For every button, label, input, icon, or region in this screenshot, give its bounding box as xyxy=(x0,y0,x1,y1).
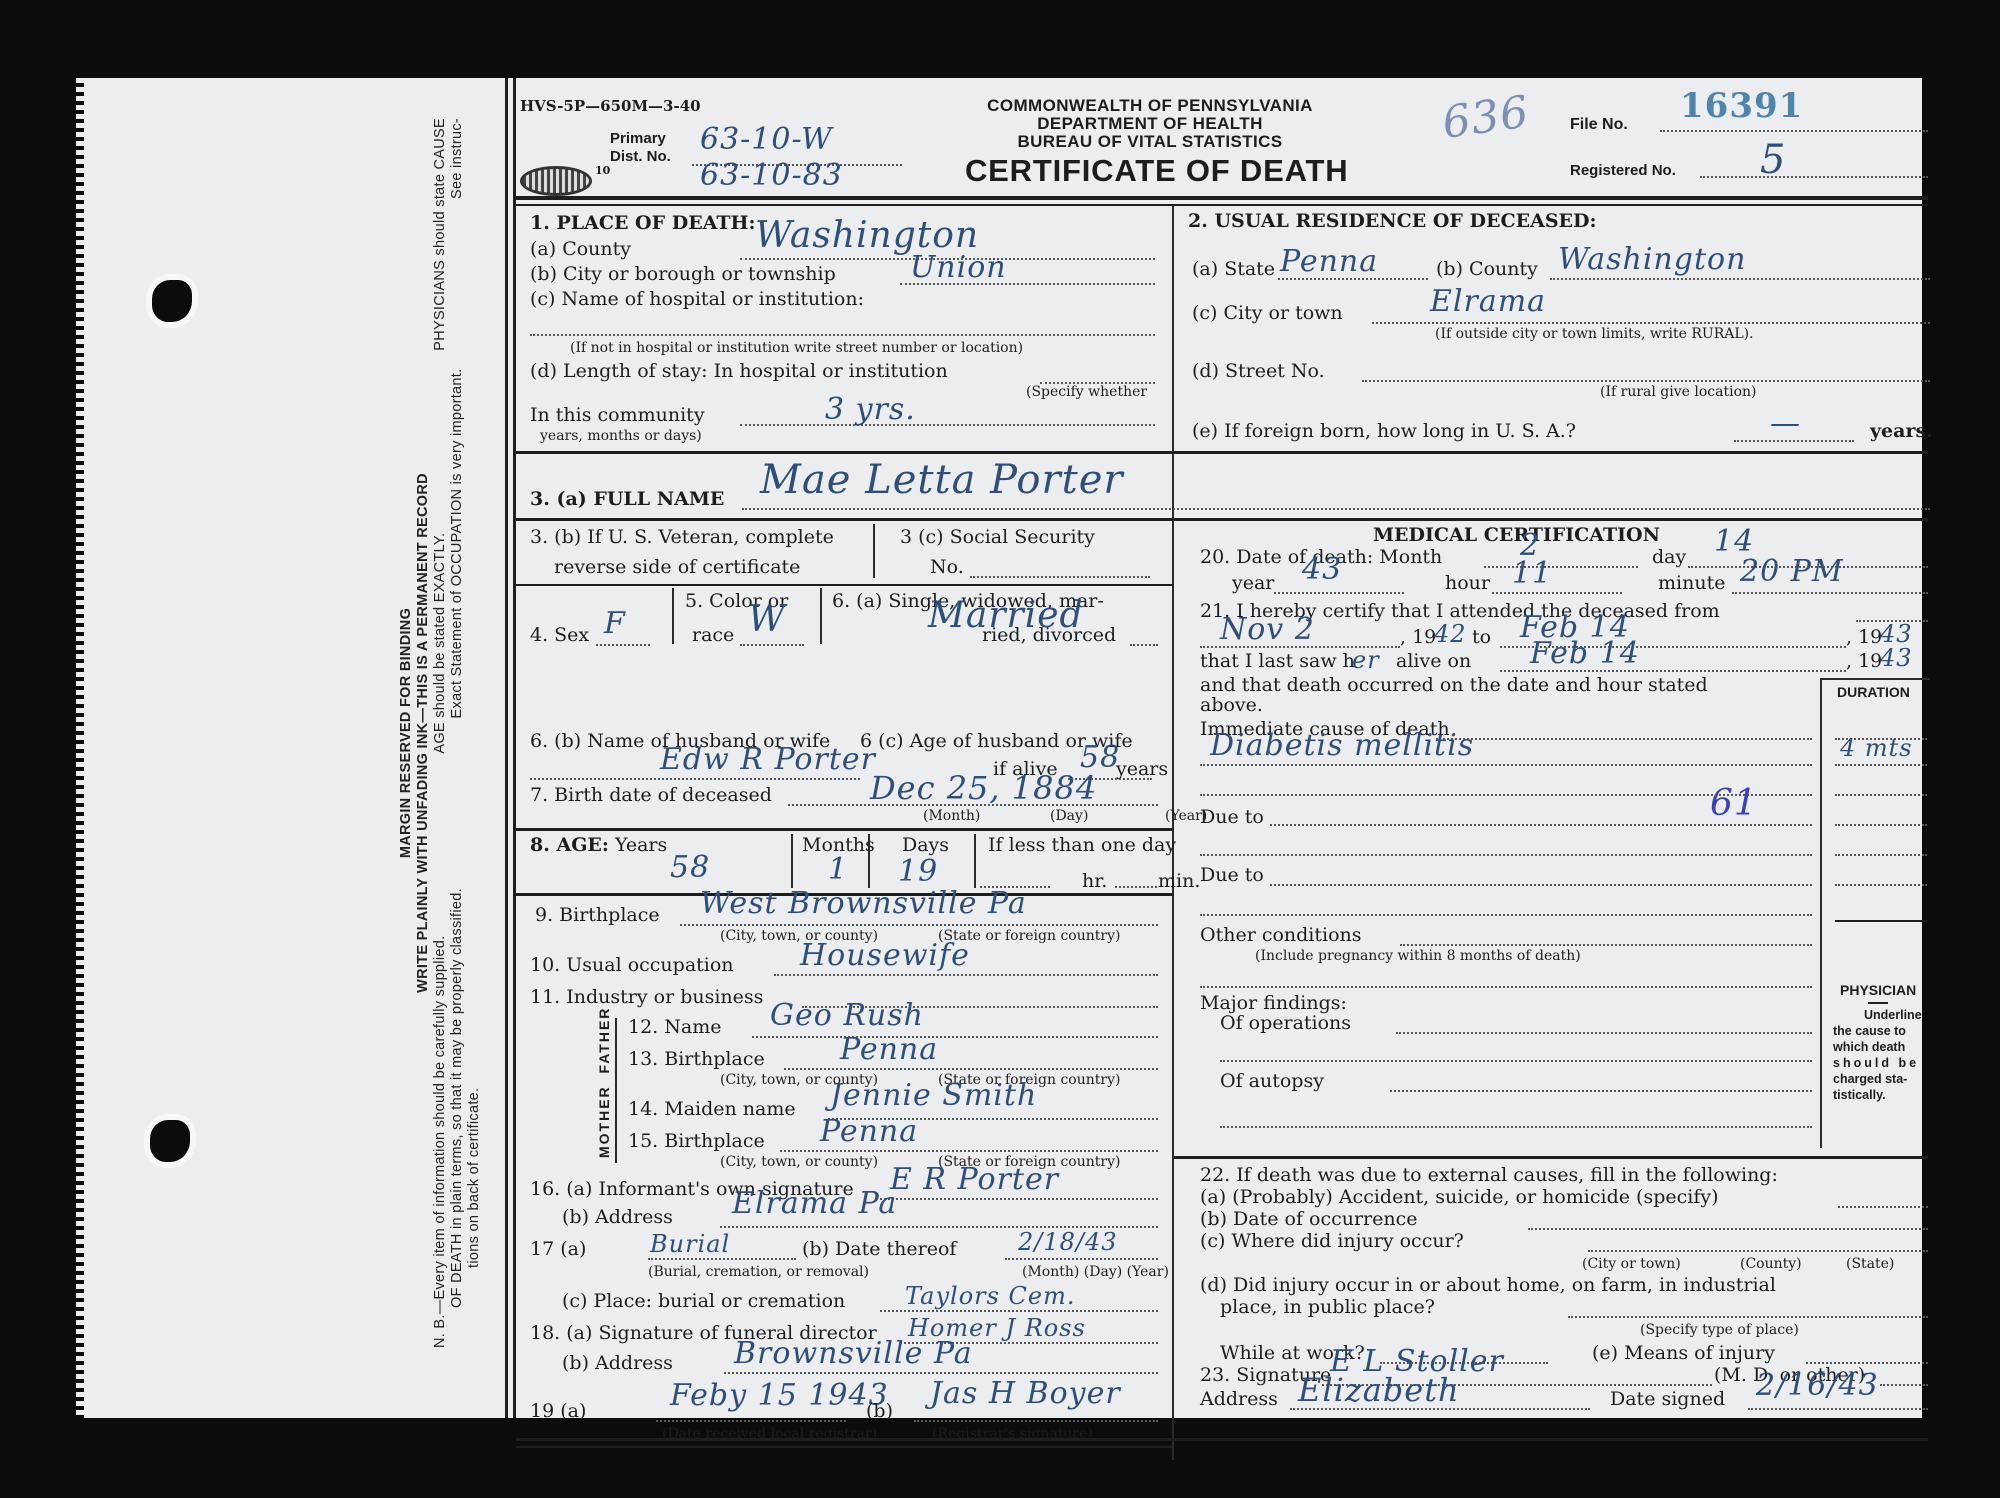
age-years-label: Years xyxy=(615,834,667,856)
funeral-address-line xyxy=(724,1372,1158,1374)
res-city-value[interactable]: Elrama xyxy=(1430,286,1546,318)
res-foreign-suffix: years. xyxy=(1870,420,1933,442)
due-to-label-1: Due to xyxy=(1200,806,1264,828)
age-min-line xyxy=(1115,886,1157,888)
res-county-label: (b) County xyxy=(1436,258,1538,280)
immediate-cause-line-1 xyxy=(1436,738,1812,740)
mother-birthplace-city-note: (City, town, or county) xyxy=(720,1154,878,1170)
age-days-label: Days xyxy=(902,834,949,856)
primary-dist-value-1: 63-10-W xyxy=(700,124,833,156)
immediate-duration-value[interactable]: 4 mts xyxy=(1840,732,1913,764)
margin-nb-line-2: OF DEATH in plain terms, so that it may … xyxy=(449,118,466,1348)
medical-heading: MEDICAL CERTIFICATION xyxy=(1373,524,1660,546)
margin-nb-line-3: tions on back of certificate. xyxy=(466,118,483,1348)
burial-date-value[interactable]: 2/18/43 xyxy=(1018,1226,1118,1258)
res-county-value[interactable]: Washington xyxy=(1558,244,1746,276)
due-to-label-2: Due to xyxy=(1200,864,1264,886)
age-hr-label: hr. xyxy=(1082,870,1107,892)
registered-no-label: Registered No. xyxy=(1570,160,1676,182)
external-rule xyxy=(1174,1156,1928,1159)
major-findings-label: Major findings: xyxy=(1200,992,1347,1014)
res-city-note: (If outside city or town limits, write R… xyxy=(1435,326,1754,342)
mother-maiden-label: 14. Maiden name xyxy=(628,1098,796,1120)
other-conditions-line xyxy=(1400,944,1812,946)
immediate-cause-value[interactable]: Diabetis mellitis xyxy=(1210,730,1474,762)
pod-community-value[interactable]: 3 yrs. xyxy=(825,394,916,426)
pod-county-label: (a) County xyxy=(530,238,631,260)
form-code: HVS-5P—650M—3-40 xyxy=(520,98,701,114)
funeral-address-label: (b) Address xyxy=(562,1352,673,1374)
external-a-label: (a) (Probably) Accident, suicide, or hom… xyxy=(1200,1186,1719,1208)
external-e-label: (e) Means of injury xyxy=(1592,1342,1775,1364)
margin-text-span: OF DEATH in plain terms, so that it may … xyxy=(449,888,466,1308)
margin-ink-note: WRITE PLAINLY WITH UNFADING INK—THIS IS … xyxy=(415,118,432,1348)
res-foreign-label: (e) If foreign born, how long in U. S. A… xyxy=(1192,420,1576,442)
row-rule-4 xyxy=(516,584,1172,586)
last-saw-pronoun[interactable]: er xyxy=(1352,644,1380,676)
external-b-line xyxy=(1528,1228,1928,1230)
physician-note-2: the cause to xyxy=(1833,1024,1906,1038)
due-to-code: 61 xyxy=(1710,788,1758,820)
mother-birthplace-line xyxy=(780,1150,1158,1152)
section-divider-middle xyxy=(1172,520,1174,1460)
duration-end-rule xyxy=(1835,920,1927,922)
external-heading: 22. If death was due to external causes,… xyxy=(1200,1164,1778,1186)
color-label-2: race xyxy=(692,624,734,646)
age-days-value[interactable]: 19 xyxy=(898,856,938,888)
header-line-2: DEPARTMENT OF HEALTH xyxy=(930,114,1370,133)
res-county-line xyxy=(1550,278,1930,280)
burial-place-value[interactable]: Taylors Cem. xyxy=(905,1280,1076,1312)
header-rule-thick xyxy=(516,196,1928,200)
age-years-value[interactable]: 58 xyxy=(670,852,710,884)
attended-from-year[interactable]: 42 xyxy=(1434,618,1467,650)
informant-signature-line xyxy=(880,1198,1158,1200)
cause-line-5 xyxy=(1200,854,1812,856)
duration-line-6 xyxy=(1835,884,1927,886)
pod-stay-label: (d) Length of stay: In hospital or insti… xyxy=(530,360,948,382)
attended-from-year-prefix: , 19 xyxy=(1400,626,1436,648)
death-hour-label: hour xyxy=(1445,572,1490,594)
death-year-label: year xyxy=(1232,572,1274,594)
ssn-label-2: No. xyxy=(930,556,964,578)
father-name-line xyxy=(752,1036,1158,1038)
residence-heading: 2. USUAL RESIDENCE OF DECEASED: xyxy=(1188,210,1597,232)
birthplace-line xyxy=(680,924,1158,926)
footer-rule-thin xyxy=(516,1446,1172,1448)
sex-line xyxy=(596,644,650,646)
marital-value[interactable]: Married xyxy=(928,600,1084,632)
death-certificate-page: MARGIN RESERVED FOR BINDING WRITE PLAINL… xyxy=(80,78,1922,1418)
parents-bracket xyxy=(615,1018,617,1163)
birth-label: 7. Birth date of deceased xyxy=(530,784,772,806)
pod-community-note: years, months or days) xyxy=(540,428,702,444)
external-d-label-1: (d) Did injury occur in or about home, o… xyxy=(1200,1274,1776,1296)
death-minute-line xyxy=(1732,592,1928,594)
res-state-label: (a) State xyxy=(1192,258,1275,280)
age-months-value[interactable]: 1 xyxy=(828,854,848,886)
duration-line-5 xyxy=(1835,854,1927,856)
occupation-line xyxy=(774,974,1158,976)
age-label: 8. AGE: Years xyxy=(530,834,667,856)
external-c-note-city: (City or town) xyxy=(1582,1256,1681,1272)
birth-month-note: (Month) xyxy=(923,808,980,824)
alive-on-year[interactable]: 43 xyxy=(1880,642,1913,674)
place-of-death-heading: 1. PLACE OF DEATH: xyxy=(530,212,755,234)
informant-signature-value[interactable]: E R Porter xyxy=(890,1164,1059,1196)
full-name-label: 3. (a) FULL NAME xyxy=(530,488,724,510)
father-side-label: FATHER xyxy=(596,1007,612,1074)
pod-hospital-label: (c) Name of hospital or institution: xyxy=(530,288,864,310)
attended-from-value[interactable]: Nov 2 xyxy=(1220,614,1315,646)
father-name-label: 12. Name xyxy=(628,1016,721,1038)
marital-line xyxy=(1130,644,1158,646)
occurred-label-1: and that death occurred on the date and … xyxy=(1200,674,1708,696)
pod-community-line xyxy=(740,424,1155,426)
section-rule-3 xyxy=(516,518,1928,521)
spouse-value[interactable]: Edw R Porter xyxy=(660,744,876,776)
other-conditions-label: Other conditions xyxy=(1200,924,1362,946)
informant-address-value[interactable]: Elrama Pa xyxy=(732,1188,897,1220)
res-street-label: (d) Street No. xyxy=(1192,360,1325,382)
death-minute-label: minute xyxy=(1658,572,1725,594)
registrar-sig-value[interactable]: Jas H Boyer xyxy=(930,1378,1121,1410)
due-to-line-1 xyxy=(1270,824,1812,826)
margin-nb-line-1: N. B.—Every item of information should b… xyxy=(432,118,449,1348)
funeral-address-value[interactable]: Brownsville Pa xyxy=(734,1338,973,1370)
physician-md-line xyxy=(1880,1384,1928,1386)
margin-text-span: Exact Statement of OCCUPATION is very im… xyxy=(449,369,466,719)
birthplace-label: 9. Birthplace xyxy=(535,904,660,926)
res-street-note: (If rural give location) xyxy=(1600,384,1757,400)
pod-county-value[interactable]: Washington xyxy=(755,220,979,252)
duration-heading: DURATION xyxy=(1837,684,1910,700)
operations-label: Of operations xyxy=(1220,1012,1351,1034)
alive-on-year-prefix: , 19 xyxy=(1846,650,1882,672)
disposition-label: 17 (a) xyxy=(530,1238,586,1260)
death-day-label: day xyxy=(1652,546,1686,568)
margin-text-span: AGE should be stated EXACTLY. xyxy=(432,533,449,754)
punch-hole-bottom xyxy=(150,1120,190,1162)
ssn-line xyxy=(970,576,1150,578)
age-less-label: If less than one day xyxy=(988,834,1176,856)
margin-binding-note: MARGIN RESERVED FOR BINDING xyxy=(398,118,415,1348)
attended-to-label: to xyxy=(1472,626,1491,648)
header-rule-thin xyxy=(516,204,1928,206)
margin-instructions: MARGIN RESERVED FOR BINDING WRITE PLAINL… xyxy=(398,118,483,1348)
mother-side-label: MOTHER xyxy=(596,1085,612,1158)
attended-to-year-prefix: , 19 xyxy=(1846,626,1882,648)
age-divider-1 xyxy=(791,834,793,888)
physician-dash xyxy=(1868,1002,1888,1004)
physician-note-1: Underline xyxy=(1864,1008,1922,1022)
mother-birthplace-value[interactable]: Penna xyxy=(820,1116,918,1148)
due-to-line-2 xyxy=(1270,884,1812,886)
death-minute-value[interactable]: 20 PM xyxy=(1740,556,1844,588)
death-hour-value[interactable]: 11 xyxy=(1512,558,1552,590)
pod-specify-note: (Specify whether xyxy=(1026,384,1147,400)
external-b-label: (b) Date of occurrence xyxy=(1200,1208,1418,1230)
spouse-line xyxy=(530,778,860,780)
file-no-value: 16391 xyxy=(1680,90,1803,122)
registrar-sig-line xyxy=(914,1420,1158,1422)
file-no-label: File No. xyxy=(1570,114,1628,136)
registrar-date-value[interactable]: Feby 15 1943 xyxy=(670,1380,889,1412)
res-state-value[interactable]: Penna xyxy=(1280,246,1378,278)
sex-divider xyxy=(672,588,674,644)
occupation-value[interactable]: Housewife xyxy=(800,940,970,972)
father-name-value[interactable]: Geo Rush xyxy=(770,1000,924,1032)
operations-line-2 xyxy=(1220,1060,1812,1062)
certificate-title: CERTIFICATE OF DEATH xyxy=(965,160,1348,182)
birth-value[interactable]: Dec 25, 1884 xyxy=(870,772,1097,804)
union-label-seal-icon xyxy=(520,166,592,196)
operations-line xyxy=(1396,1032,1812,1034)
duration-line-2 xyxy=(1835,764,1927,766)
res-foreign-value[interactable]: — xyxy=(1770,408,1801,440)
external-c-note-state: (State) xyxy=(1846,1256,1894,1272)
mother-maiden-value[interactable]: Jennie Smith xyxy=(830,1080,1037,1112)
mother-father-side-label: MOTHER FATHER xyxy=(596,1007,612,1158)
birth-day-note: (Day) xyxy=(1050,808,1088,824)
pod-hospital-note: (If not in hospital or institution write… xyxy=(570,340,1023,356)
birthplace-value[interactable]: West Brownsville Pa xyxy=(700,888,1027,920)
age-divider-2 xyxy=(868,834,870,888)
alive-on-value[interactable]: Feb 14 xyxy=(1530,638,1640,670)
file-no-line xyxy=(1660,130,1928,132)
last-saw-label: that I last saw h xyxy=(1200,650,1355,672)
full-name-value[interactable]: Mae Letta Porter xyxy=(760,464,1124,496)
res-street-line xyxy=(1362,380,1930,382)
autopsy-label: Of autopsy xyxy=(1220,1070,1324,1092)
registrar-sig-label: (b) xyxy=(866,1400,893,1422)
pod-city-value[interactable]: Union xyxy=(910,252,1007,284)
sex-label: 4. Sex xyxy=(530,624,589,646)
age-label-text: 8. AGE: xyxy=(530,834,609,856)
father-birthplace-label: 13. Birthplace xyxy=(628,1048,765,1070)
row-rule-8 xyxy=(516,828,1172,831)
physician-address-value[interactable]: Elizabeth xyxy=(1298,1374,1460,1406)
other-conditions-line-2 xyxy=(1200,986,1812,988)
occupation-label: 10. Usual occupation xyxy=(530,954,734,976)
occurred-label-2: above. xyxy=(1200,694,1263,716)
veteran-label-1: 3. (b) If U. S. Veteran, complete xyxy=(530,526,834,548)
burial-date-note: (Month) (Day) (Year) xyxy=(1022,1264,1169,1280)
margin-text-span: PHYSICIANS should state CAUSE xyxy=(432,118,449,351)
disposition-value[interactable]: Burial xyxy=(650,1228,730,1260)
burial-place-label: (c) Place: burial or cremation xyxy=(562,1290,845,1312)
color-divider xyxy=(820,588,822,644)
burial-date-line xyxy=(1005,1258,1158,1260)
full-name-line xyxy=(742,508,1930,510)
spouse-age-suffix: years xyxy=(1116,758,1168,780)
header-line-3: BUREAU OF VITAL STATISTICS xyxy=(930,132,1370,151)
father-birthplace-line xyxy=(784,1068,1158,1070)
pod-hospital-line xyxy=(530,334,1155,336)
primary-dist-value-2: 63-10-83 xyxy=(700,160,843,192)
external-d-label-2: place, in public place? xyxy=(1220,1296,1435,1318)
registrar-date-line xyxy=(656,1420,846,1422)
physician-note-3: which death xyxy=(1833,1040,1905,1054)
pod-city-label: (b) City or borough or township xyxy=(530,263,836,285)
external-c-line xyxy=(1588,1250,1928,1252)
color-value[interactable]: W xyxy=(748,604,786,636)
external-c-note-county: (County) xyxy=(1740,1256,1802,1272)
immediate-cause-line-2 xyxy=(1200,764,1812,766)
physician-date-label: Date signed xyxy=(1610,1388,1725,1410)
informant-address-label: (b) Address xyxy=(562,1206,673,1228)
pod-community-label: In this community xyxy=(530,404,705,426)
binding-rule-inner xyxy=(513,78,516,1418)
mother-birthplace-label: 15. Birthplace xyxy=(628,1130,765,1152)
disposition-note: (Burial, cremation, or removal) xyxy=(648,1264,869,1280)
father-birthplace-value[interactable]: Penna xyxy=(840,1034,938,1066)
duration-line-3 xyxy=(1835,794,1927,796)
other-conditions-note: (Include pregnancy within 8 months of de… xyxy=(1255,948,1581,964)
external-d-line xyxy=(1568,1316,1928,1318)
external-d-note: (Specify type of place) xyxy=(1640,1322,1799,1338)
veteran-label-2: reverse side of certificate xyxy=(554,556,800,578)
pencil-note: 636 xyxy=(1441,96,1532,140)
physician-note-5: charged sta- xyxy=(1833,1072,1907,1086)
color-line xyxy=(740,644,804,646)
physician-date-value[interactable]: 2/16/43 xyxy=(1756,1370,1879,1402)
section-divider-top xyxy=(1172,206,1174,531)
ssn-label-1: 3 (c) Social Security xyxy=(900,526,1095,548)
registered-no-value: 5 xyxy=(1760,144,1786,176)
physician-note-4: should be xyxy=(1833,1056,1919,1070)
alive-on-label: alive on xyxy=(1396,650,1471,672)
registrar-label: 19 (a) xyxy=(530,1400,586,1422)
autopsy-line xyxy=(1390,1090,1812,1092)
external-c-label: (c) Where did injury occur? xyxy=(1200,1230,1464,1252)
footer-rule xyxy=(516,1438,1928,1441)
industry-label: 11. Industry or business xyxy=(530,986,763,1008)
autopsy-line-2 xyxy=(1220,1126,1812,1128)
death-year-line xyxy=(1274,592,1404,594)
age-min-label: min. xyxy=(1158,870,1200,892)
margin-text-span: See instruc- xyxy=(449,118,466,199)
section-rule-2 xyxy=(516,451,1928,454)
res-city-label: (c) City or town xyxy=(1192,302,1343,324)
death-year-value[interactable]: 43 xyxy=(1302,554,1342,586)
physician-note-6: tistically. xyxy=(1833,1088,1886,1102)
duration-line-4 xyxy=(1835,824,1927,826)
sex-value[interactable]: F xyxy=(604,608,626,640)
physician-date-line xyxy=(1748,1408,1928,1410)
registered-no-line xyxy=(1700,176,1928,178)
margin-text-span: N. B.—Every item of information should b… xyxy=(432,936,449,1348)
binding-rule-outer xyxy=(505,78,508,1418)
physician-address-label: Address xyxy=(1200,1388,1278,1410)
death-month-line xyxy=(1484,566,1638,568)
seal-number: 10 xyxy=(595,164,610,178)
veteran-divider xyxy=(873,524,875,578)
punch-hole-top xyxy=(152,280,192,322)
primary-dist-label-2: Dist. No. xyxy=(610,146,671,168)
res-city-line xyxy=(1372,322,1930,324)
external-a-line xyxy=(1838,1206,1928,1208)
death-hour-line xyxy=(1492,592,1622,594)
physician-heading: PHYSICIAN xyxy=(1840,982,1916,998)
cause-line-7 xyxy=(1200,914,1812,916)
burial-date-label: (b) Date thereof xyxy=(802,1238,956,1260)
header-line-1: COMMONWEALTH OF PENNSYLVANIA xyxy=(930,96,1370,115)
age-divider-3 xyxy=(974,834,976,888)
